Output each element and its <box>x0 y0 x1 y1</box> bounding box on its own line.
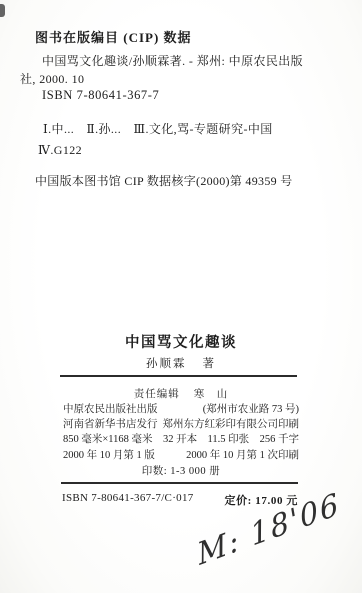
publisher-address: (郑州市农业路 73 号) <box>203 402 299 417</box>
author-name: 孙顺霖 <box>146 358 187 370</box>
colophon-row-format: 850 毫米×1168 毫米 32 开本 11.5 印张 256 千字 <box>63 432 299 447</box>
cip-isbn: ISBN 7-80641-367-7 <box>42 88 159 103</box>
divider-rule-bottom <box>61 482 298 484</box>
editor-line: 责任编辑寒 山 <box>0 386 362 401</box>
printing-date: 2000 年 10 月第 1 次印刷 <box>186 448 299 463</box>
footer-line: ISBN 7-80641-367-7/C·017 定价: 17.00 元 <box>62 492 298 508</box>
cip-classification-line1: Ⅰ.中... Ⅱ.孙... Ⅲ.文化,骂-专题研究-中国 <box>38 119 273 140</box>
colophon-row-distributor: 河南省新华书店发行 郑州东方红彩印有限公司印刷 <box>63 417 299 432</box>
scan-artifact <box>0 4 5 17</box>
distributor-name: 河南省新华书店发行 <box>63 417 158 432</box>
colophon-row-publisher: 中原农民出版社出版 (郑州市农业路 73 号) <box>63 402 299 417</box>
divider-rule-top <box>60 375 297 377</box>
publisher-name: 中原农民出版社出版 <box>63 402 158 417</box>
cip-entry-line1: 中国骂文化趣谈/孙顺霖著. - 郑州: 中原农民出版 <box>20 52 303 70</box>
author-line: 孙顺霖著 <box>0 355 362 371</box>
colophon-rows: 中原农民出版社出版 (郑州市农业路 73 号) 河南省新华书店发行 郑州东方红彩… <box>63 402 299 463</box>
cip-heading: 图书在版编目 (CIP) 数据 <box>35 27 192 46</box>
cip-record-number: 中国版本图书馆 CIP 数据核字(2000)第 49359 号 <box>35 172 293 189</box>
paper-format: 850 毫米×1168 毫米 32 开本 <box>63 432 197 447</box>
sheet-count: 11.5 印张 256 千字 <box>208 432 300 447</box>
colophon-row-edition: 2000 年 10 月第 1 版 2000 年 10 月第 1 次印刷 <box>63 448 299 463</box>
footer-isbn: ISBN 7-80641-367-7/C·017 <box>62 492 194 508</box>
cip-classification: Ⅰ.中... Ⅱ.孙... Ⅲ.文化,骂-专题研究-中国 Ⅳ.G122 <box>38 119 273 161</box>
cip-entry-line2: 社, 2000. 10 <box>20 70 303 88</box>
book-copyright-page: 图书在版编目 (CIP) 数据 中国骂文化趣谈/孙顺霖著. - 郑州: 中原农民… <box>0 0 362 593</box>
editor-name: 寒 山 <box>194 389 229 400</box>
author-role: 著 <box>203 358 217 370</box>
printer-name: 郑州东方红彩印有限公司印刷 <box>163 417 300 432</box>
editor-label: 责任编辑 <box>134 389 180 400</box>
cip-entry: 中国骂文化趣谈/孙顺霖著. - 郑州: 中原农民出版 社, 2000. 10 <box>20 52 303 88</box>
book-title: 中国骂文化趣谈 <box>0 331 362 352</box>
edition-date: 2000 年 10 月第 1 版 <box>63 448 155 463</box>
cip-classification-line2: Ⅳ.G122 <box>38 140 273 161</box>
print-run: 印数: 1-3 000 册 <box>0 463 362 478</box>
